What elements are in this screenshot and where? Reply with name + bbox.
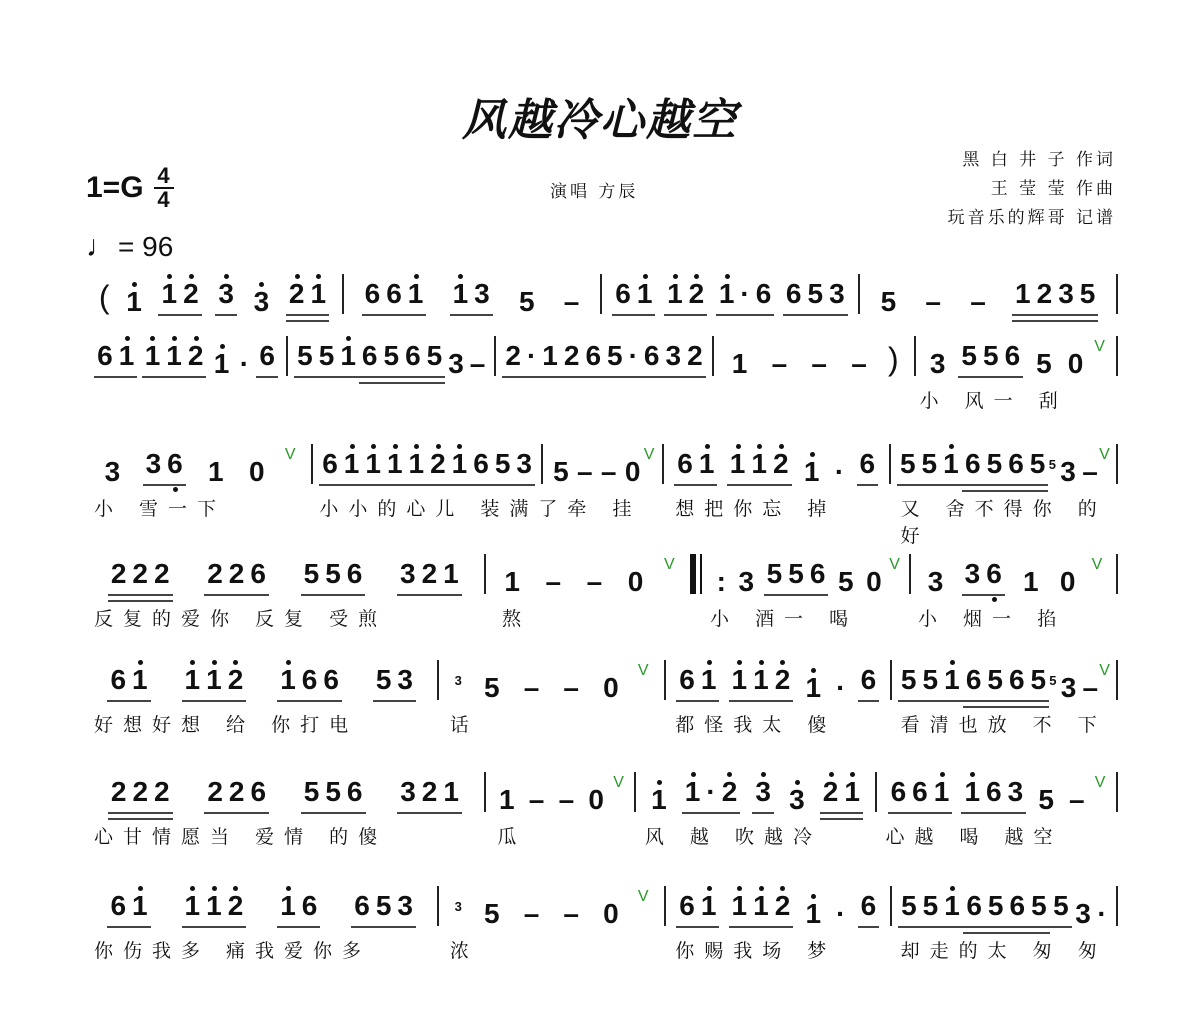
quarter-note-icon: ♩ — [86, 230, 116, 264]
staff: 61 112 166 53 35––0V 61 112 1·6 551 6565… — [86, 658, 1118, 702]
open-paren: ( — [99, 279, 110, 316]
lyrics-line: 小 风一 刮 — [86, 386, 1118, 416]
breath-mark-icon: V — [889, 556, 900, 574]
lyric: 心甘情愿当 爱情 的傻 — [86, 822, 489, 852]
lyrics-line: 小 雪一下 小小的心儿 装满了牵 挂 想把你忘 掉 又 舍不得你 的 好 — [86, 494, 1118, 524]
staff: 61 112 16 653 35––0V 61 112 1·6 551 6565… — [86, 884, 1118, 928]
measure: 61 112 166 53 — [86, 658, 437, 702]
measure: ( 1 12 33 21 — [86, 272, 342, 316]
song-title: 风越冷心越空 — [0, 84, 1200, 148]
measure: 1 1·2 33 21 — [636, 770, 875, 814]
lyric: 你赐我场 梦 — [667, 936, 892, 966]
lyric: 都怪我太 傻 — [667, 710, 892, 740]
lyric: 熬 — [494, 604, 702, 634]
lyric: 话 — [442, 710, 667, 740]
time-signature: 4 4 — [154, 166, 174, 210]
lyric: 看清也放 不 下 — [893, 710, 1118, 740]
key-signature: 1=G 4 4 — [86, 166, 174, 210]
lyrics-line: 反复的爱你 反复 受煎 熬 小 酒一 喝 小 烟一 掐 — [86, 604, 1118, 634]
measure: 35––0V — [439, 658, 663, 702]
breath-mark-icon: V — [1092, 556, 1103, 574]
grace-note: 3 — [455, 899, 462, 914]
measure: 61 112 1·6 — [666, 658, 890, 702]
grace-note: 5 — [1049, 457, 1056, 472]
staff: 3 36 10V 611 112 16 53 5––0V 61 112 1·6 … — [86, 442, 1118, 486]
measure: 661 163 5– V — [877, 770, 1116, 814]
measure: 5–– 1235 — [860, 272, 1116, 316]
measure: 61 12 1·6 653 — [602, 272, 858, 316]
lyric: 小小的心儿 装满了牵 挂 — [311, 494, 667, 524]
repeat-start-barline — [690, 554, 704, 594]
breath-mark-icon: V — [1094, 338, 1105, 356]
barline — [1116, 336, 1118, 376]
breath-mark-icon: V — [664, 556, 675, 574]
measure: 1––– ) — [714, 334, 914, 378]
measure: 35––0V — [439, 884, 663, 928]
close-paren: ) — [888, 341, 899, 378]
grace-note: 3 — [455, 673, 462, 688]
breath-mark-icon: V — [285, 446, 296, 464]
breath-mark-icon: V — [613, 774, 624, 792]
lyric: 小 烟一 掐 — [910, 604, 1118, 634]
measure: 1––0V — [486, 770, 634, 814]
triplet-group: 653 — [351, 892, 416, 928]
score-system-4: 222 226 556 321 1––0V :3 556 50V 3 36 10… — [86, 552, 1118, 634]
breath-mark-icon: V — [1099, 446, 1110, 464]
breath-mark-icon: V — [638, 662, 649, 680]
breath-mark-icon: V — [1099, 662, 1110, 680]
lyric: 小 雪一下 — [86, 494, 311, 524]
barline — [1116, 772, 1118, 812]
staff: 61 112 1·6 551 6565 3– 2·1 26 5·6 32 1––… — [86, 334, 1118, 378]
lyric: 你伤我多 痛我爱你多 — [86, 936, 442, 966]
composer-credit: 王 莹 莹 作曲 — [948, 175, 1116, 204]
lyric: 小 风一 刮 — [912, 386, 1118, 416]
measure: 5––0V — [543, 442, 662, 486]
lyricist-credit: 黑 白 井 子 作词 — [948, 146, 1116, 175]
lyrics-line: 你伤我多 痛我爱你多 浓 你赐我场 梦 却走的太 匆 匆 — [86, 936, 1118, 966]
lyric: 小 酒一 喝 — [702, 604, 910, 634]
measure: 3 36 10V — [86, 442, 311, 486]
lyric: 好想好想 给 你打电 — [86, 710, 442, 740]
lyric: 却走的太 匆 匆 — [893, 936, 1118, 966]
singer-credit: 演唱 方辰 — [550, 177, 638, 202]
breath-mark-icon: V — [638, 888, 649, 906]
barline — [1116, 554, 1118, 594]
key-label: 1=G — [86, 171, 144, 205]
staff: 222 226 556 321 1––0V 1 1·2 33 21 661 16… — [86, 770, 1118, 814]
breath-mark-icon: V — [1095, 774, 1106, 792]
breath-mark-icon: V — [644, 446, 655, 464]
lyric: 瓜 — [489, 822, 637, 852]
measure: 2·1 26 5·6 32 — [496, 334, 711, 378]
barline — [1116, 886, 1118, 926]
measure: 551 6565 53· — [892, 884, 1116, 928]
measure: 61 112 1·6 — [666, 884, 890, 928]
lyric: 浓 — [442, 936, 667, 966]
tempo-marking: ♩ = 96 — [86, 230, 173, 264]
score-system-3: 3 36 10V 611 112 16 53 5––0V 61 112 1·6 … — [86, 442, 1118, 524]
lyrics-line: 心甘情愿当 爱情 的傻 瓜 风 越 吹越冷 心越 喝 越空 — [86, 822, 1118, 852]
barline — [1116, 274, 1118, 314]
tempo-value: = 96 — [118, 231, 173, 263]
measure: 551 6565 53– V — [892, 658, 1116, 702]
barline — [1116, 444, 1118, 484]
staff: 222 226 556 321 1––0V :3 556 50V 3 36 10… — [86, 552, 1118, 596]
measure: 551 6565 53– V — [891, 442, 1116, 486]
measure: 3 556 50V — [916, 334, 1116, 378]
staff: ( 1 12 33 21 661 13 5– 61 12 1·6 653 5––… — [86, 272, 1118, 316]
score-system-7: 61 112 16 653 35––0V 61 112 1·6 551 6565… — [86, 884, 1118, 966]
lyrics-line: 好想好想 给 你打电 话 都怪我太 傻 看清也放 不 下 — [86, 710, 1118, 740]
barline — [1116, 660, 1118, 700]
score-system-2: 61 112 1·6 551 6565 3– 2·1 26 5·6 32 1––… — [86, 334, 1118, 416]
lyric: 想把你忘 掉 — [667, 494, 892, 524]
measure: 222 226 556 321 — [86, 552, 484, 596]
measure: 1––0V — [486, 552, 691, 596]
lyric: 风 越 吹越冷 — [637, 822, 878, 852]
measure: 61 112 16 653 — [86, 884, 437, 928]
transcriber-credit: 玩音乐的辉哥 记谱 — [948, 204, 1116, 233]
lyric: 又 舍不得你 的 好 — [893, 494, 1118, 524]
lyric: 心越 喝 越空 — [877, 822, 1118, 852]
measure: 661 13 5– — [344, 272, 600, 316]
measure: 222 226 556 321 — [86, 770, 484, 814]
score-system-1: ( 1 12 33 21 661 13 5– 61 12 1·6 653 5––… — [86, 272, 1118, 316]
score-system-6: 222 226 556 321 1––0V 1 1·2 33 21 661 16… — [86, 770, 1118, 852]
measure: 61 112 1·6 — [664, 442, 889, 486]
measure: 3 36 10V — [911, 552, 1116, 596]
measure: :3 556 50V — [704, 552, 909, 596]
measure: 61 112 1·6 — [86, 334, 286, 378]
credits: 黑 白 井 子 作词 王 莹 莹 作曲 玩音乐的辉哥 记谱 — [948, 146, 1116, 233]
measure: 611 112 16 53 — [313, 442, 541, 486]
score-system-5: 61 112 166 53 35––0V 61 112 1·6 551 6565… — [86, 658, 1118, 740]
measure: 551 6565 3– — [288, 334, 494, 378]
lyric: 反复的爱你 反复 受煎 — [86, 604, 494, 634]
grace-note: 5 — [1049, 673, 1056, 688]
